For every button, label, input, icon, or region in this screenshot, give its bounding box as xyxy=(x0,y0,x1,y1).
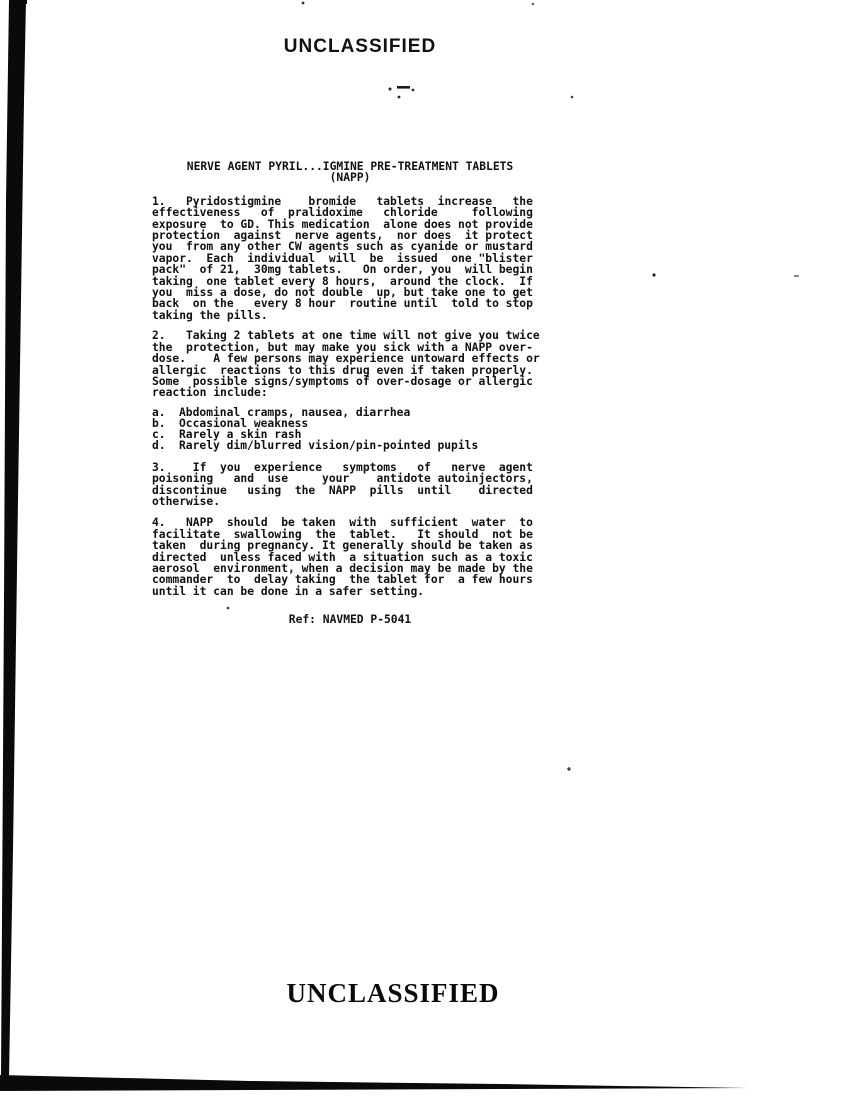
left-binding-bar-artifact xyxy=(1,0,26,1078)
speckle-dot xyxy=(567,767,570,770)
paragraph-2: 2. Taking 2 tablets at one time will not… xyxy=(152,330,548,398)
speckle-dot xyxy=(302,2,305,5)
speckle-dot xyxy=(389,88,392,91)
speckle-dash xyxy=(397,86,410,89)
symptom-label: d. xyxy=(152,440,179,451)
symptom-list: a. Abdominal cramps, nausea, diarrhea b.… xyxy=(152,407,548,451)
document-title: NERVE AGENT PYRIL...IGMINE PRE-TREATMENT… xyxy=(152,161,548,184)
classification-footer: UNCLASSIFIED xyxy=(283,978,503,1009)
symptom-text: Rarely dim/blurred vision/pin-pointed pu… xyxy=(179,440,478,451)
document-body: NERVE AGENT PYRIL...IGMINE PRE-TREATMENT… xyxy=(152,161,548,626)
scanned-document-page: UNCLASSIFIED NERVE AGENT PYRIL...IGMINE … xyxy=(0,0,850,1097)
paragraph-3: 3. If you experience symptoms of nerve a… xyxy=(152,462,548,508)
symptom-item-d: d. Rarely dim/blurred vision/pin-pointed… xyxy=(152,440,548,451)
classification-header: UNCLASSIFIED xyxy=(250,36,470,58)
top-left-notch-artifact xyxy=(10,0,27,4)
paragraph-4: 4. NAPP should be taken with sufficient … xyxy=(152,517,548,597)
document-title-line2: (NAPP) xyxy=(330,171,371,184)
paragraph-1: 1. Pyridostigmine bromide tablets increa… xyxy=(152,196,548,321)
speckle-dot xyxy=(652,273,655,276)
speckle-dot xyxy=(398,96,401,99)
speckle-dot xyxy=(412,89,415,92)
bottom-wedge-artifact xyxy=(0,1075,748,1091)
reference-line: Ref: NAVMED P-5041 xyxy=(152,614,548,625)
speckle-dot xyxy=(571,96,574,99)
top-left-notch-white xyxy=(27,2,37,10)
speckle-dot xyxy=(532,3,534,5)
speckle-dash xyxy=(794,275,799,277)
